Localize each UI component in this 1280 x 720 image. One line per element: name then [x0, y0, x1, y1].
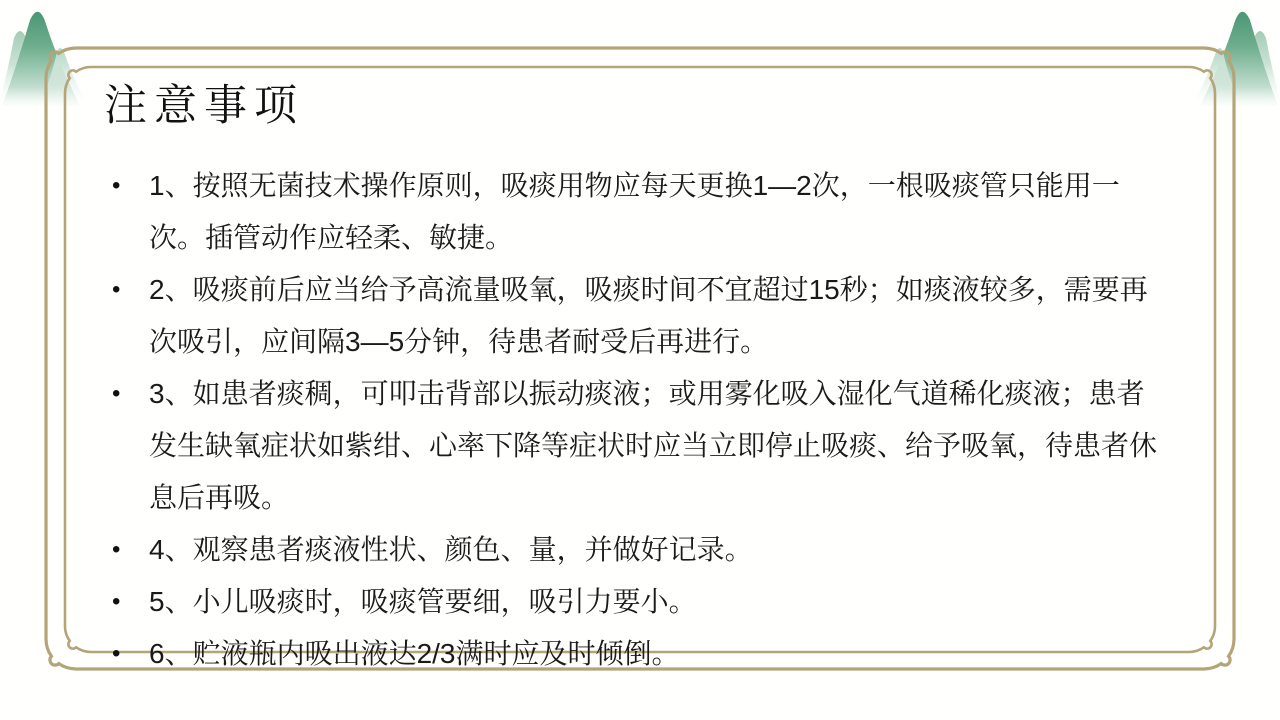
presentation-slide: 注意事项 • 1、按照无菌技术操作原则，吸痰用物应每天更换1—2次，一根吸痰管只…: [0, 0, 1280, 720]
bullet-icon: •: [108, 524, 149, 576]
page-title: 注意事项: [104, 82, 304, 131]
bullet-text: 2、吸痰前后应当给予高流量吸氧，吸痰时间不宜超过15秒；如痰液较多，需要再次吸引…: [149, 264, 1160, 368]
bullet-list: • 1、按照无菌技术操作原则，吸痰用物应每天更换1—2次，一根吸痰管只能用一次。…: [108, 160, 1160, 680]
bullet-text: 6、贮液瓶内吸出液达2/3满时应及时倾倒。: [149, 628, 1160, 680]
bullet-icon: •: [108, 160, 149, 212]
list-item: • 1、按照无菌技术操作原则，吸痰用物应每天更换1—2次，一根吸痰管只能用一次。…: [108, 160, 1160, 264]
bullet-icon: •: [108, 368, 149, 420]
bullet-icon: •: [108, 264, 149, 316]
bullet-text: 4、观察患者痰液性状、颜色、量，并做好记录。: [149, 524, 1160, 576]
list-item: • 2、吸痰前后应当给予高流量吸氧，吸痰时间不宜超过15秒；如痰液较多，需要再次…: [108, 264, 1160, 368]
list-item: • 3、如患者痰稠，可叩击背部以振动痰液；或用雾化吸入湿化气道稀化痰液；患者发生…: [108, 368, 1160, 524]
bullet-text: 5、小儿吸痰时，吸痰管要细，吸引力要小。: [149, 576, 1160, 628]
bullet-text: 1、按照无菌技术操作原则，吸痰用物应每天更换1—2次，一根吸痰管只能用一次。插管…: [149, 160, 1160, 264]
list-item: • 4、观察患者痰液性状、颜色、量，并做好记录。: [108, 524, 1160, 576]
bullet-text: 3、如患者痰稠，可叩击背部以振动痰液；或用雾化吸入湿化气道稀化痰液；患者发生缺氧…: [149, 368, 1160, 524]
bullet-icon: •: [108, 576, 149, 628]
mountain-decoration-left: [0, 12, 85, 106]
list-item: • 6、贮液瓶内吸出液达2/3满时应及时倾倒。: [108, 628, 1160, 680]
list-item: • 5、小儿吸痰时，吸痰管要细，吸引力要小。: [108, 576, 1160, 628]
bullet-icon: •: [108, 628, 149, 680]
mountain-decoration-right: [1195, 12, 1280, 106]
